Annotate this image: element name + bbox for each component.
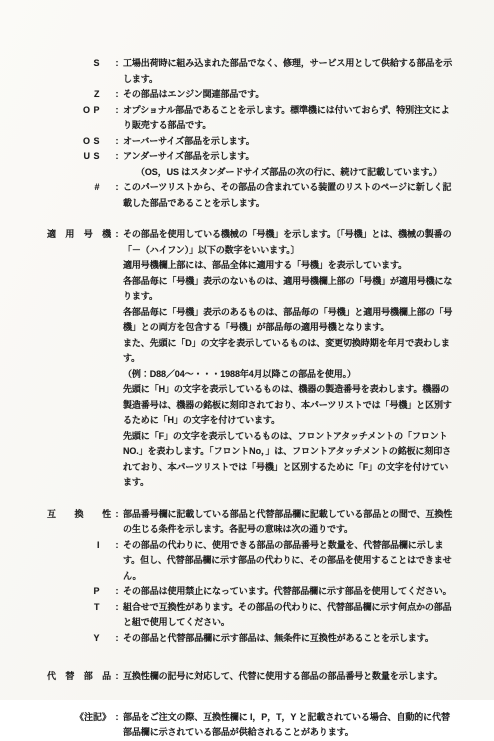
legend-item: OS : オーバーサイズ部品を示します。: [47, 134, 455, 150]
colon: :: [111, 149, 123, 165]
section-label: 適用号機: [47, 227, 111, 243]
legend-item: # : このパーツリストから、その部品の含まれている装置のリストのページに新しく…: [47, 180, 455, 211]
legend-item: S : 工場出荷時に組み込まれた部品でなく、修理，サービス用として供給する部品を…: [47, 56, 455, 87]
colon: :: [111, 631, 123, 647]
paragraph: また、先頭に「D」の文字を表示しているものは、変更切換時期を年月で表わします。: [123, 336, 455, 367]
legend-text: 工場出荷時に組み込まれた部品でなく、修理，サービス用として供給する部品を示します…: [123, 56, 455, 87]
compatibility-text: その部品は使用禁止になっています。代替部品欄に示す部品を使用してください。: [123, 584, 455, 600]
colon: :: [111, 710, 123, 726]
section-note: 《注記》 : 部品をご注文の際、互換性欄に I，P，T，Y と記載されている場合…: [47, 710, 455, 741]
note-text: 部品をご注文の際、互換性欄に I，P，T，Y と記載されている場合、自動的に代替…: [123, 710, 455, 741]
paragraph: 各部品毎に「号機」表示のあるものは、部品毎の「号機」と適用号機欄上部の「号機」と…: [123, 305, 455, 336]
legend-code: S: [47, 56, 111, 72]
section-body: 互換性欄の記号に対応して、代替に使用する部品の部品番号と数量を示します。: [123, 669, 455, 685]
legend-text: その部品はエンジン関連部品です。: [123, 87, 455, 103]
legend-text-note: （OS，US はスタンダードサイズ部品の次の行に、続けて記載しています。）: [123, 165, 455, 181]
legend-code: #: [47, 180, 111, 196]
compatibility-items: I : その部品の代わりに、使用できる部品の部品番号と数量を、代替部品欄に示しま…: [47, 538, 455, 647]
document-page: S : 工場出荷時に組み込まれた部品でなく、修理，サービス用として供給する部品を…: [0, 0, 494, 700]
colon: :: [111, 600, 123, 616]
legend-text: オプショナル部品であることを示します。標準機には付いておらず、特別注文により販売…: [123, 103, 455, 134]
compatibility-item: T : 組合せで互換性があります。その部品の代わりに、代替部品欄に示す何点かの部…: [47, 600, 455, 631]
section-label: 互換性: [47, 507, 111, 523]
section-label: 代替部品: [47, 669, 111, 685]
legend-item: US : アンダーサイズ部品を示します。 （OS，US はスタンダードサイズ部品…: [47, 149, 455, 180]
colon: :: [111, 87, 123, 103]
legend-code: US: [47, 149, 111, 165]
legend-text: オーバーサイズ部品を示します。: [123, 134, 455, 150]
compatibility-item: P : その部品は使用禁止になっています。代替部品欄に示す部品を使用してください…: [47, 584, 455, 600]
compatibility-text: その部品の代わりに、使用できる部品の部品番号と数量を、代替部品欄に示します。但し…: [123, 538, 455, 585]
legend-text: アンダーサイズ部品を示します。 （OS，US はスタンダードサイズ部品の次の行に…: [123, 149, 455, 180]
compatibility-text: その部品と代替部品欄に示す部品は、無条件に互換性があることを示します。: [123, 631, 455, 647]
colon: :: [111, 134, 123, 150]
colon: :: [111, 507, 123, 523]
note-label: 《注記》: [47, 710, 111, 726]
symbol-legend: S : 工場出荷時に組み込まれた部品でなく、修理，サービス用として供給する部品を…: [47, 56, 455, 211]
paragraph: 先頭に「H」の文字を表示しているものは、機器の製造番号を表わします。機器の製造番…: [123, 382, 455, 429]
colon: :: [111, 103, 123, 119]
paragraph-example: （例：D88／04～・・・1988年4月以降この部品を使用。）: [123, 367, 455, 383]
section-substitute-parts: 代替部品 : 互換性欄の記号に対応して、代替に使用する部品の部品番号と数量を示し…: [47, 669, 455, 685]
colon: :: [111, 227, 123, 243]
section-body: 部品番号欄に記載している部品と代替部品欄に記載している部品との間で、互換性の生じ…: [123, 507, 455, 538]
paragraph: その部品を使用している機械の「号機」を示します。〔「号機」とは、機械の製番の「－…: [123, 227, 455, 258]
compatibility-item: Y : その部品と代替部品欄に示す部品は、無条件に互換性があることを示します。: [47, 631, 455, 647]
colon: :: [111, 584, 123, 600]
section-applicable-serial: 適用号機 : その部品を使用している機械の「号機」を示します。〔「号機」とは、機…: [47, 227, 455, 491]
legend-code: OP: [47, 103, 111, 119]
colon: :: [111, 669, 123, 685]
compatibility-text: 組合せで互換性があります。その部品の代わりに、代替部品欄に示す何点かの部品と組で…: [123, 600, 455, 631]
legend-item: OP : オプショナル部品であることを示します。標準機には付いておらず、特別注文…: [47, 103, 455, 134]
legend-code: OS: [47, 134, 111, 150]
compatibility-code: I: [47, 538, 111, 554]
paragraph: 先頭に「F」の文字を表示しているものは、フロントアタッチメントの「フロントNO.…: [123, 429, 455, 491]
section-body: その部品を使用している機械の「号機」を示します。〔「号機」とは、機械の製番の「－…: [123, 227, 455, 491]
paragraph: 各部品毎に「号機」表示のないものは、適用号機欄上部の「号機」が適用号機になります…: [123, 274, 455, 305]
colon: :: [111, 56, 123, 72]
paragraph: 適用号機欄上部には、部品全体に適用する「号機」を表示しています。: [123, 258, 455, 274]
compatibility-code: Y: [47, 631, 111, 647]
legend-item: Z : その部品はエンジン関連部品です。: [47, 87, 455, 103]
legend-text-main: アンダーサイズ部品を示します。: [123, 149, 455, 165]
legend-text: このパーツリストから、その部品の含まれている装置のリストのページに新しく記載した…: [123, 180, 455, 211]
compatibility-item: I : その部品の代わりに、使用できる部品の部品番号と数量を、代替部品欄に示しま…: [47, 538, 455, 585]
colon: :: [111, 180, 123, 196]
legend-code: Z: [47, 87, 111, 103]
section-compatibility: 互換性 : 部品番号欄に記載している部品と代替部品欄に記載している部品との間で、…: [47, 507, 455, 647]
colon: :: [111, 538, 123, 554]
compatibility-code: T: [47, 600, 111, 616]
compatibility-code: P: [47, 584, 111, 600]
